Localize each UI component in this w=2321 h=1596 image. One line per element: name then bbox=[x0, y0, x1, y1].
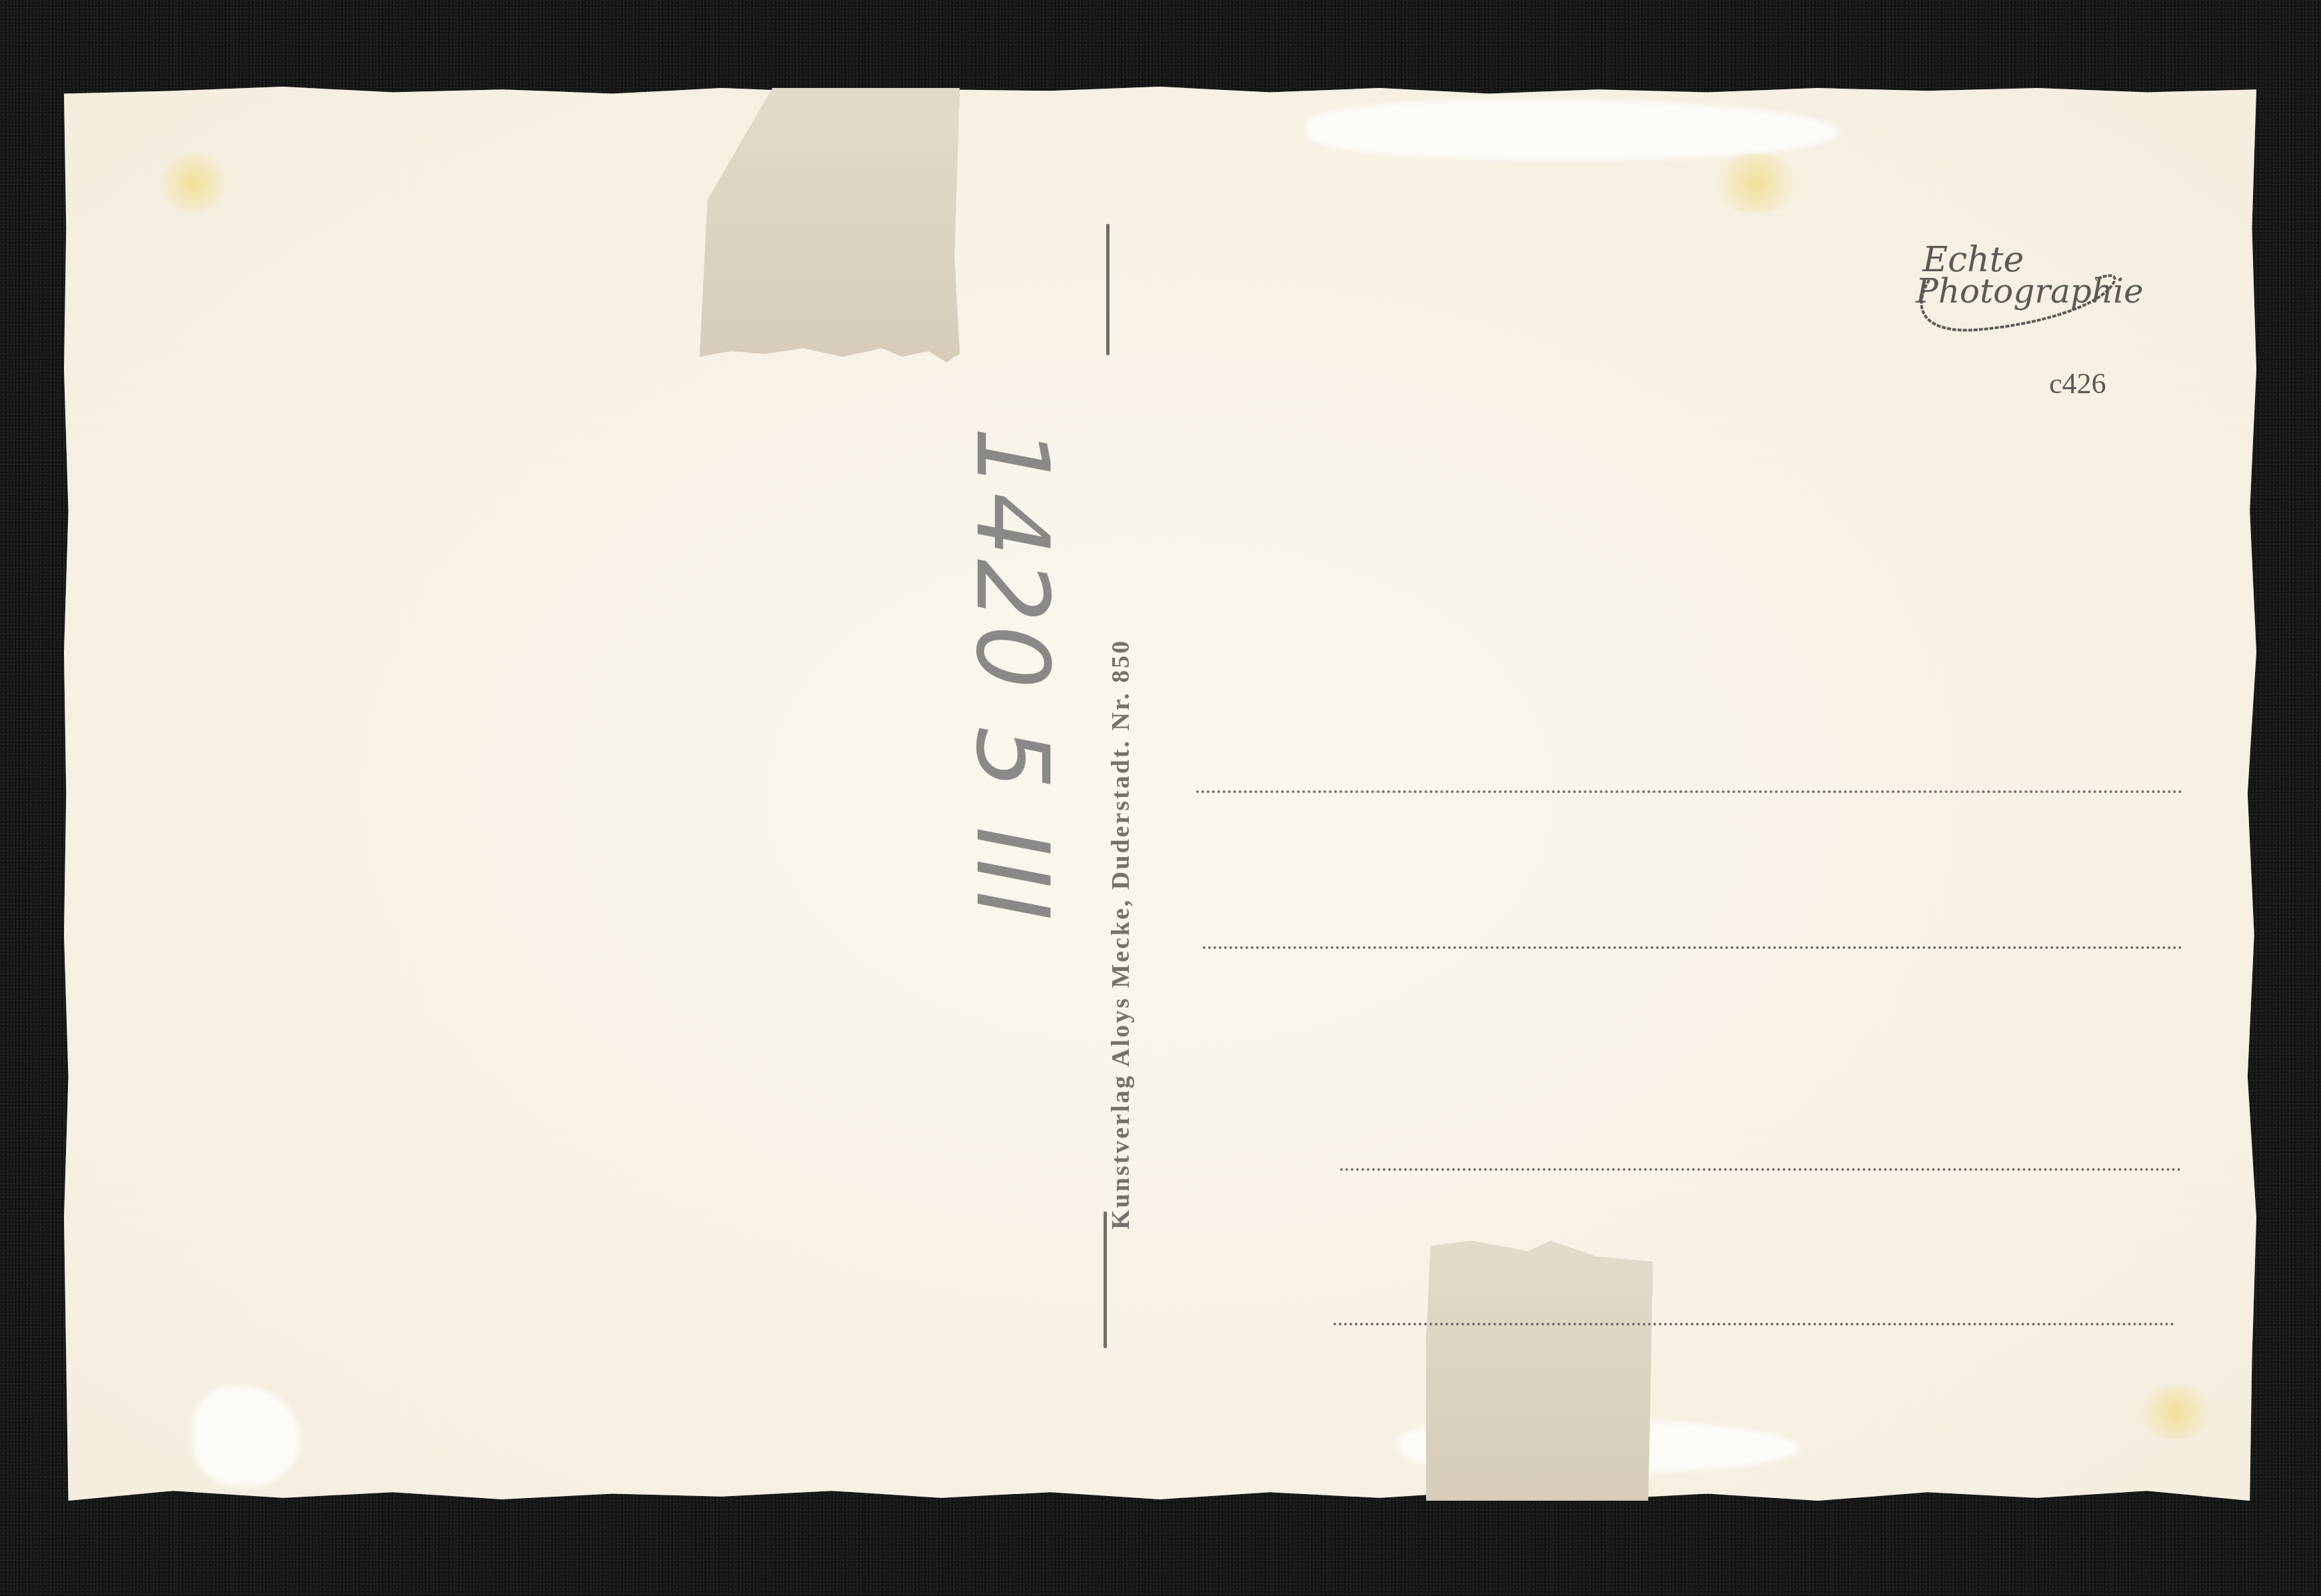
address-line-2 bbox=[1203, 946, 2182, 949]
logo-text-photographie: Photographie bbox=[1916, 272, 2144, 311]
center-divider-top bbox=[1106, 224, 1110, 355]
yellow-stain bbox=[153, 153, 233, 213]
address-line-1 bbox=[1196, 790, 2182, 793]
pencil-annotation: 1420 5 III bbox=[954, 426, 1070, 923]
echte-photographie-logo: Echte Photographie bbox=[1903, 240, 2122, 340]
publisher-imprint: Kunstverlag Aloys Mecke, Duderstadt. Nr.… bbox=[1106, 639, 1136, 1229]
yellow-stain bbox=[2132, 1386, 2219, 1439]
address-line-3 bbox=[1340, 1168, 2181, 1171]
address-line-4 bbox=[1333, 1323, 2174, 1325]
card-code: c426 bbox=[2049, 367, 2106, 400]
center-divider-bottom bbox=[1104, 1211, 1107, 1348]
yellow-stain bbox=[1706, 153, 1806, 213]
adhesive-tape-bottom bbox=[1426, 1241, 1653, 1501]
